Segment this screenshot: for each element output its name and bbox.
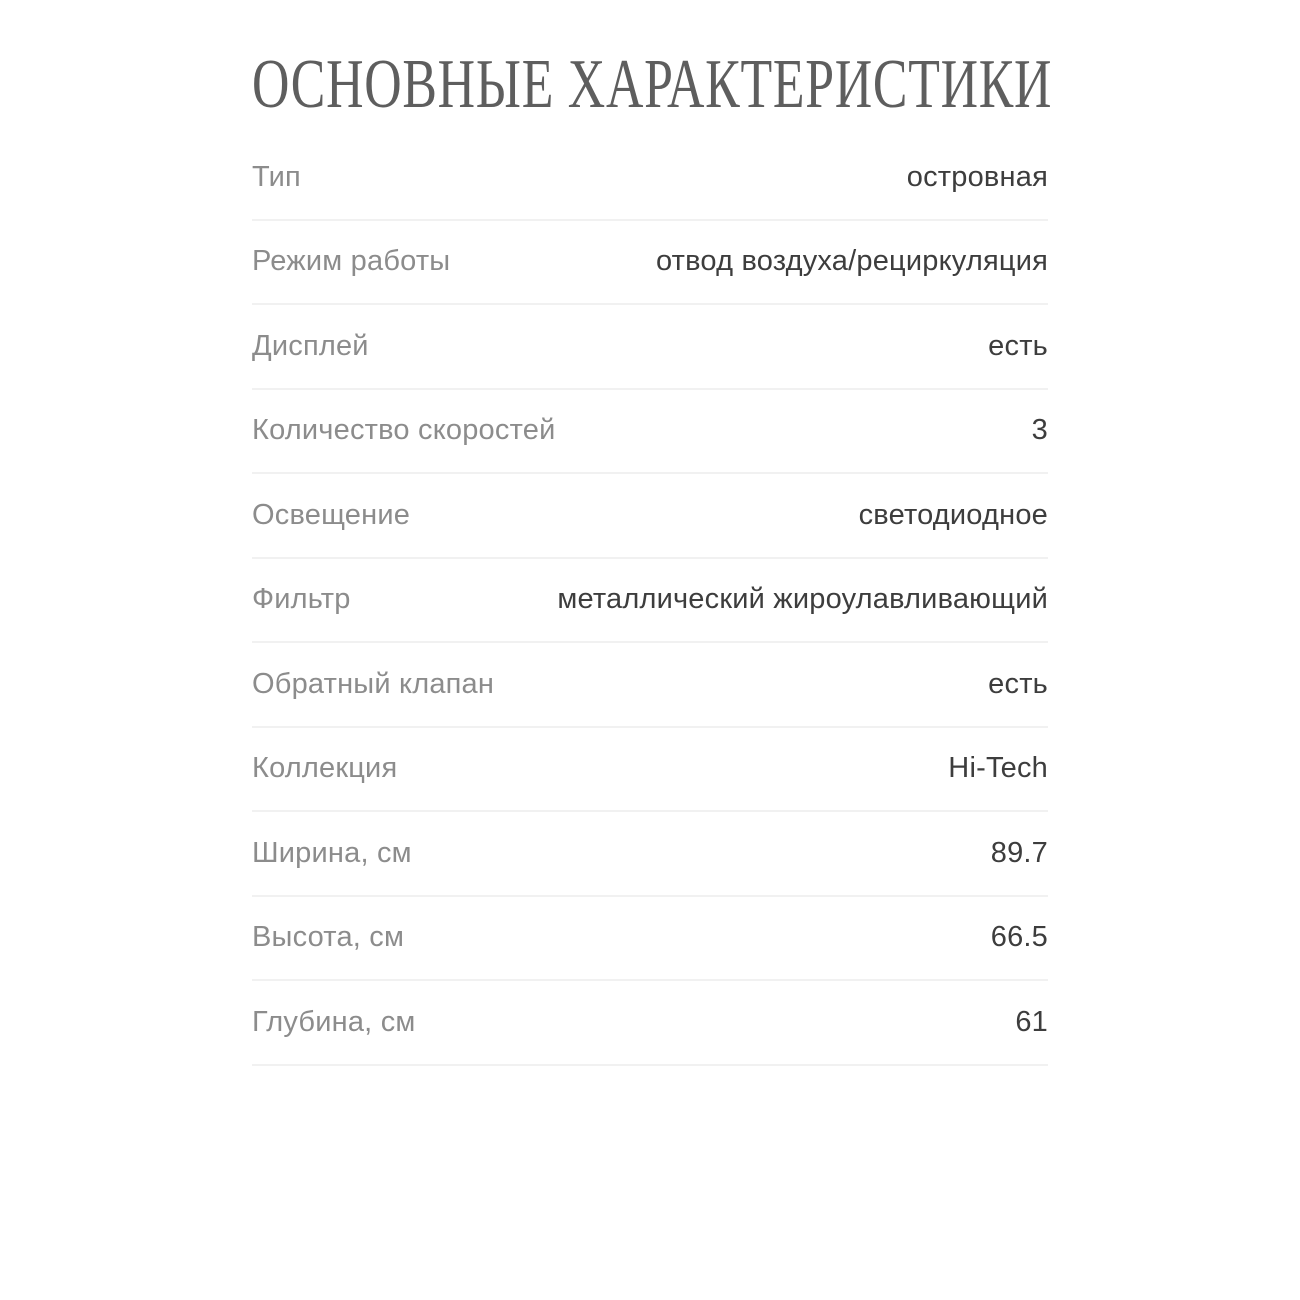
- spec-label: Коллекция: [252, 752, 397, 785]
- specifications-sheet: ОСНОВНЫЕ ХАРАКТЕРИСТИКИ Тип островная Ре…: [252, 40, 1048, 136]
- spec-value: островная: [907, 161, 1048, 194]
- spec-row-operating-mode: Режим работы отвод воздуха/рециркуляция: [252, 221, 1048, 306]
- specs-list: Тип островная Режим работы отвод воздуха…: [252, 136, 1048, 1066]
- spec-value: 61: [1015, 1006, 1048, 1039]
- spec-row-width: Ширина, см 89.7: [252, 812, 1048, 897]
- page-title: ОСНОВНЫЕ ХАРАКТЕРИСТИКИ: [252, 40, 841, 136]
- spec-row-type: Тип островная: [252, 136, 1048, 221]
- spec-label: Тип: [252, 161, 301, 194]
- spec-label: Обратный клапан: [252, 668, 494, 701]
- spec-row-lighting: Освещение светодиодное: [252, 474, 1048, 559]
- spec-label: Режим работы: [252, 245, 450, 278]
- spec-row-check-valve: Обратный клапан есть: [252, 643, 1048, 728]
- spec-label: Глубина, см: [252, 1006, 416, 1039]
- spec-label: Фильтр: [252, 583, 351, 616]
- spec-value: Hi-Tech: [948, 752, 1048, 785]
- spec-label: Освещение: [252, 499, 410, 532]
- spec-label: Дисплей: [252, 330, 369, 363]
- spec-row-depth: Глубина, см 61: [252, 981, 1048, 1066]
- spec-row-collection: Коллекция Hi-Tech: [252, 728, 1048, 813]
- spec-value: 66.5: [991, 921, 1048, 954]
- spec-row-display: Дисплей есть: [252, 305, 1048, 390]
- spec-label: Высота, см: [252, 921, 404, 954]
- spec-row-height: Высота, см 66.5: [252, 897, 1048, 982]
- spec-label: Количество скоростей: [252, 414, 555, 447]
- spec-row-filter: Фильтр металлический жироулавливающий: [252, 559, 1048, 644]
- spec-value: 89.7: [991, 837, 1048, 870]
- spec-value: светодиодное: [859, 499, 1048, 532]
- spec-value: металлический жироулавливающий: [557, 583, 1048, 616]
- spec-label: Ширина, см: [252, 837, 412, 870]
- spec-value: есть: [988, 668, 1048, 701]
- spec-value: отвод воздуха/рециркуляция: [656, 245, 1048, 278]
- spec-value: есть: [988, 330, 1048, 363]
- spec-value: 3: [1032, 414, 1048, 447]
- spec-row-speeds: Количество скоростей 3: [252, 390, 1048, 475]
